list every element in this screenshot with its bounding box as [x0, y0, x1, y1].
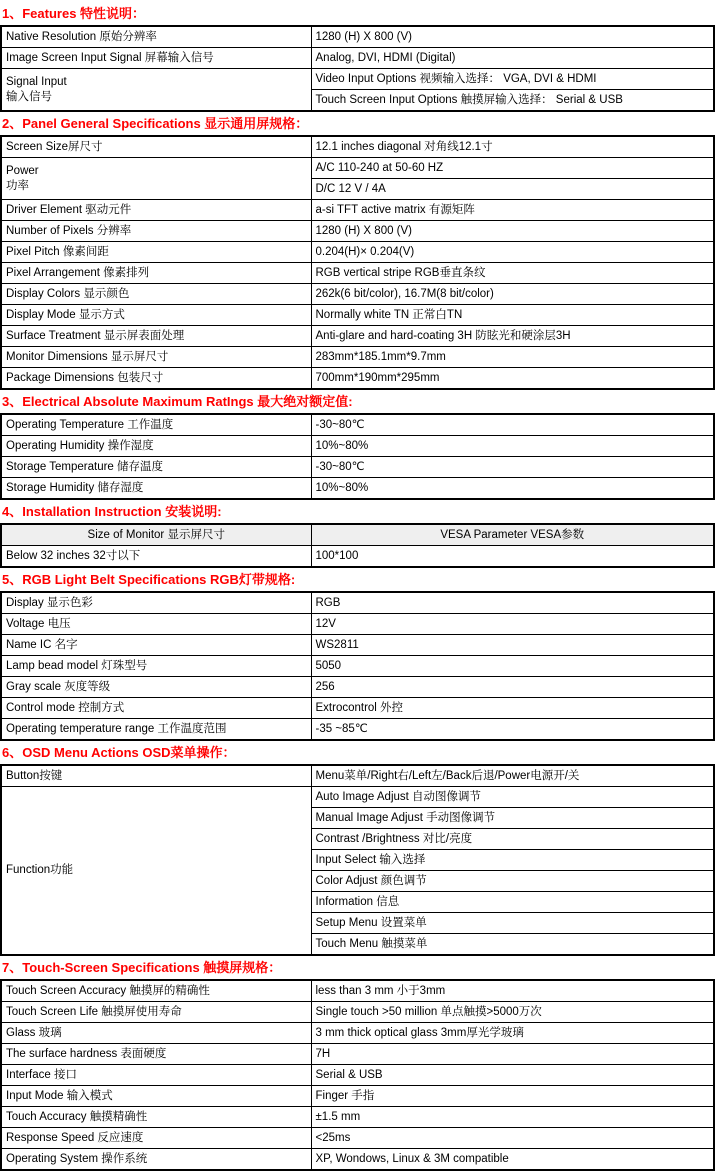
spec-value: Menu菜单/Right右/Left左/Back后退/Power电源开/关 — [311, 765, 714, 787]
table-row: The surface hardness 表面硬度 7H — [1, 1044, 714, 1065]
spec-label: Input Mode 输入模式 — [1, 1086, 311, 1107]
spec-label: Image Screen Input Signal 屏幕输入信号 — [1, 48, 311, 69]
spec-value: 3 mm thick optical glass 3mm厚光学玻璃 — [311, 1023, 714, 1044]
spec-value: RGB — [311, 592, 714, 614]
spec-value: Auto Image Adjust 自动图像调节 — [311, 787, 714, 808]
spec-value: 100*100 — [311, 546, 714, 568]
spec-value: Serial & USB — [311, 1065, 714, 1086]
spec-value: Touch Menu 触摸菜单 — [311, 934, 714, 956]
spec-label: Response Speed 反应速度 — [1, 1128, 311, 1149]
spec-value: Color Adjust 颜色调节 — [311, 871, 714, 892]
spec-value: 262k(6 bit/color), 16.7M(8 bit/color) — [311, 284, 714, 305]
spec-label: Lamp bead model 灯珠型号 — [1, 656, 311, 677]
spec-label: Package Dimensions 包装尺寸 — [1, 368, 311, 390]
spec-label: Display Mode 显示方式 — [1, 305, 311, 326]
spec-value: Touch Screen Input Options 触摸屏输入选择： Seri… — [311, 90, 714, 112]
spec-label: Touch Accuracy 触摸精确性 — [1, 1107, 311, 1128]
section-title-panel-general: 2、Panel General Specifications 显示通用屏规格： — [0, 112, 715, 135]
table-row: Button按键 Menu菜单/Right右/Left左/Back后退/Powe… — [1, 765, 714, 787]
spec-label: Storage Temperature 储存温度 — [1, 457, 311, 478]
table-row: Screen Size屏尺寸 12.1 inches diagonal 对角线1… — [1, 136, 714, 158]
spec-value: Finger 手指 — [311, 1086, 714, 1107]
table-row: Below 32 inches 32寸以下 100*100 — [1, 546, 714, 568]
spec-label: Glass 玻璃 — [1, 1023, 311, 1044]
spec-label: Driver Element 驱动元件 — [1, 200, 311, 221]
table-row: Image Screen Input Signal 屏幕输入信号 Analog,… — [1, 48, 714, 69]
spec-value: 700mm*190mm*295mm — [311, 368, 714, 390]
spec-label: Gray scale 灰度等级 — [1, 677, 311, 698]
table-row: Operating System 操作系统 XP, Wondows, Linux… — [1, 1149, 714, 1171]
spec-value: Single touch >50 million 单点触摸>5000万次 — [311, 1002, 714, 1023]
spec-value: less than 3 mm 小于3mm — [311, 980, 714, 1002]
spec-label: Name IC 名字 — [1, 635, 311, 656]
spec-value: Video Input Options 视频输入选择： VGA, DVI & H… — [311, 69, 714, 90]
spec-value: Anti-glare and hard-coating 3H 防眩光和硬涂层3H — [311, 326, 714, 347]
table-row: Number of Pixels 分辨率 1280 (H) X 800 (V) — [1, 221, 714, 242]
spec-label: Monitor Dimensions 显示屏尺寸 — [1, 347, 311, 368]
table-row: Driver Element 驱动元件 a-si TFT active matr… — [1, 200, 714, 221]
table-row: Interface 接口 Serial & USB — [1, 1065, 714, 1086]
spec-value: XP, Wondows, Linux & 3M compatible — [311, 1149, 714, 1171]
table-row: Power 功率 A/C 110-240 at 50-60 HZ — [1, 158, 714, 179]
spec-value: 10%~80% — [311, 478, 714, 500]
section-title-rgb-light-belt: 5、RGB Light Belt Specifications RGB灯带规格: — [0, 568, 715, 591]
table-header-row: Size of Monitor 显示屏尺寸 VESA Parameter VES… — [1, 524, 714, 546]
spec-label: Storage Humidity 储存湿度 — [1, 478, 311, 500]
spec-label: Function功能 — [1, 787, 311, 956]
spec-value: -30~80℃ — [311, 414, 714, 436]
section-title-electrical-ratings: 3、Electrical Absolute Maximum RatIngs 最大… — [0, 390, 715, 413]
spec-document: { "page": { "accent_red": "#ff0000", "ta… — [0, 0, 715, 1171]
spec-label: Operating Humidity 操作湿度 — [1, 436, 311, 457]
spec-value: 256 — [311, 677, 714, 698]
section-rgb-light-belt: 5、RGB Light Belt Specifications RGB灯带规格:… — [0, 568, 715, 741]
spec-value: Extrocontrol 外控 — [311, 698, 714, 719]
section-features: 1、Features 特性说明： Native Resolution 原始分辨率… — [0, 2, 715, 112]
features-table: Native Resolution 原始分辨率 1280 (H) X 800 (… — [0, 25, 715, 112]
spec-label: Interface 接口 — [1, 1065, 311, 1086]
spec-value: WS2811 — [311, 635, 714, 656]
table-row: Touch Accuracy 触摸精确性 ±1.5 mm — [1, 1107, 714, 1128]
table-row: Signal Input 输入信号 Video Input Options 视频… — [1, 69, 714, 90]
spec-label: Native Resolution 原始分辨率 — [1, 26, 311, 48]
spec-value: -30~80℃ — [311, 457, 714, 478]
spec-value: a-si TFT active matrix 有源矩阵 — [311, 200, 714, 221]
section-osd-menu: 6、OSD Menu Actions OSD菜单操作： Button按键 Men… — [0, 741, 715, 956]
table-row: Operating Temperature 工作温度 -30~80℃ — [1, 414, 714, 436]
table-row: Lamp bead model 灯珠型号 5050 — [1, 656, 714, 677]
spec-value: RGB vertical stripe RGB垂直条纹 — [311, 263, 714, 284]
table-row: Display Mode 显示方式 Normally white TN 正常白T… — [1, 305, 714, 326]
electrical-ratings-table: Operating Temperature 工作温度 -30~80℃ Opera… — [0, 413, 715, 500]
table-row: Input Mode 输入模式 Finger 手指 — [1, 1086, 714, 1107]
table-row: Surface Treatment 显示屏表面处理 Anti-glare and… — [1, 326, 714, 347]
spec-label: Below 32 inches 32寸以下 — [1, 546, 311, 568]
spec-value: Analog, DVI, HDMI (Digital) — [311, 48, 714, 69]
spec-label: The surface hardness 表面硬度 — [1, 1044, 311, 1065]
spec-label: Surface Treatment 显示屏表面处理 — [1, 326, 311, 347]
spec-label: Operating Temperature 工作温度 — [1, 414, 311, 436]
spec-value: 12V — [311, 614, 714, 635]
table-row: Native Resolution 原始分辨率 1280 (H) X 800 (… — [1, 26, 714, 48]
table-row: Function功能 Auto Image Adjust 自动图像调节 — [1, 787, 714, 808]
table-row: Operating Humidity 操作湿度 10%~80% — [1, 436, 714, 457]
spec-label: Operating temperature range 工作温度范围 — [1, 719, 311, 741]
spec-value: Input Select 输入选择 — [311, 850, 714, 871]
table-row: Display 显示色彩 RGB — [1, 592, 714, 614]
table-row: Voltage 电压 12V — [1, 614, 714, 635]
section-title-touch-screen: 7、Touch-Screen Specifications 触摸屏规格： — [0, 956, 715, 979]
spec-value: Information 信息 — [311, 892, 714, 913]
table-row: Package Dimensions 包装尺寸 700mm*190mm*295m… — [1, 368, 714, 390]
osd-menu-table: Button按键 Menu菜单/Right右/Left左/Back后退/Powe… — [0, 764, 715, 956]
column-header-monitor-size: Size of Monitor 显示屏尺寸 — [1, 524, 311, 546]
spec-label: Signal Input 输入信号 — [1, 69, 311, 112]
spec-value: Contrast /Brightness 对比/亮度 — [311, 829, 714, 850]
spec-value: 10%~80% — [311, 436, 714, 457]
spec-value: Manual Image Adjust 手动图像调节 — [311, 808, 714, 829]
spec-label: Display 显示色彩 — [1, 592, 311, 614]
table-row: Monitor Dimensions 显示屏尺寸 283mm*185.1mm*9… — [1, 347, 714, 368]
spec-value: <25ms — [311, 1128, 714, 1149]
spec-label: Touch Screen Accuracy 触摸屏的精确性 — [1, 980, 311, 1002]
table-row: Gray scale 灰度等级 256 — [1, 677, 714, 698]
table-row: Storage Temperature 储存温度 -30~80℃ — [1, 457, 714, 478]
touch-screen-table: Touch Screen Accuracy 触摸屏的精确性 less than … — [0, 979, 715, 1171]
table-row: Touch Screen Life 触摸屏使用寿命 Single touch >… — [1, 1002, 714, 1023]
table-row: Operating temperature range 工作温度范围 -35 ~… — [1, 719, 714, 741]
spec-value: -35 ~85℃ — [311, 719, 714, 741]
spec-label: Screen Size屏尺寸 — [1, 136, 311, 158]
spec-label: Pixel Arrangement 像素排列 — [1, 263, 311, 284]
spec-value: 1280 (H) X 800 (V) — [311, 221, 714, 242]
rgb-light-belt-table: Display 显示色彩 RGB Voltage 电压 12V Name IC … — [0, 591, 715, 741]
panel-general-table: Screen Size屏尺寸 12.1 inches diagonal 对角线1… — [0, 135, 715, 390]
spec-value: A/C 110-240 at 50-60 HZ — [311, 158, 714, 179]
spec-label: Number of Pixels 分辨率 — [1, 221, 311, 242]
table-row: Pixel Pitch 像素间距 0.204(H)× 0.204(V) — [1, 242, 714, 263]
spec-label: Control mode 控制方式 — [1, 698, 311, 719]
section-title-installation: 4、Installation Instruction 安装说明: — [0, 500, 715, 523]
spec-label: Touch Screen Life 触摸屏使用寿命 — [1, 1002, 311, 1023]
spec-value: 283mm*185.1mm*9.7mm — [311, 347, 714, 368]
spec-label: Operating System 操作系统 — [1, 1149, 311, 1171]
table-row: Pixel Arrangement 像素排列 RGB vertical stri… — [1, 263, 714, 284]
spec-label: Voltage 电压 — [1, 614, 311, 635]
table-row: Display Colors 显示颜色 262k(6 bit/color), 1… — [1, 284, 714, 305]
table-row: Control mode 控制方式 Extrocontrol 外控 — [1, 698, 714, 719]
table-row: Touch Screen Accuracy 触摸屏的精确性 less than … — [1, 980, 714, 1002]
spec-value: 7H — [311, 1044, 714, 1065]
section-panel-general: 2、Panel General Specifications 显示通用屏规格： … — [0, 112, 715, 390]
spec-label: Pixel Pitch 像素间距 — [1, 242, 311, 263]
installation-table: Size of Monitor 显示屏尺寸 VESA Parameter VES… — [0, 523, 715, 568]
section-title-osd-menu: 6、OSD Menu Actions OSD菜单操作： — [0, 741, 715, 764]
spec-value: 1280 (H) X 800 (V) — [311, 26, 714, 48]
section-electrical-ratings: 3、Electrical Absolute Maximum RatIngs 最大… — [0, 390, 715, 500]
table-row: Glass 玻璃 3 mm thick optical glass 3mm厚光学… — [1, 1023, 714, 1044]
spec-value: 12.1 inches diagonal 对角线12.1寸 — [311, 136, 714, 158]
table-row: Response Speed 反应速度 <25ms — [1, 1128, 714, 1149]
spec-value: D/C 12 V / 4A — [311, 179, 714, 200]
spec-value: Setup Menu 设置菜单 — [311, 913, 714, 934]
spec-label: Power 功率 — [1, 158, 311, 200]
table-row: Storage Humidity 储存湿度 10%~80% — [1, 478, 714, 500]
table-row: Name IC 名字 WS2811 — [1, 635, 714, 656]
section-installation: 4、Installation Instruction 安装说明: Size of… — [0, 500, 715, 568]
column-header-vesa-parameter: VESA Parameter VESA参数 — [311, 524, 714, 546]
spec-label: Display Colors 显示颜色 — [1, 284, 311, 305]
spec-value: 0.204(H)× 0.204(V) — [311, 242, 714, 263]
section-title-features: 1、Features 特性说明： — [0, 2, 715, 25]
spec-label: Button按键 — [1, 765, 311, 787]
section-touch-screen: 7、Touch-Screen Specifications 触摸屏规格： Tou… — [0, 956, 715, 1171]
spec-value: ±1.5 mm — [311, 1107, 714, 1128]
spec-value: 5050 — [311, 656, 714, 677]
spec-value: Normally white TN 正常白TN — [311, 305, 714, 326]
